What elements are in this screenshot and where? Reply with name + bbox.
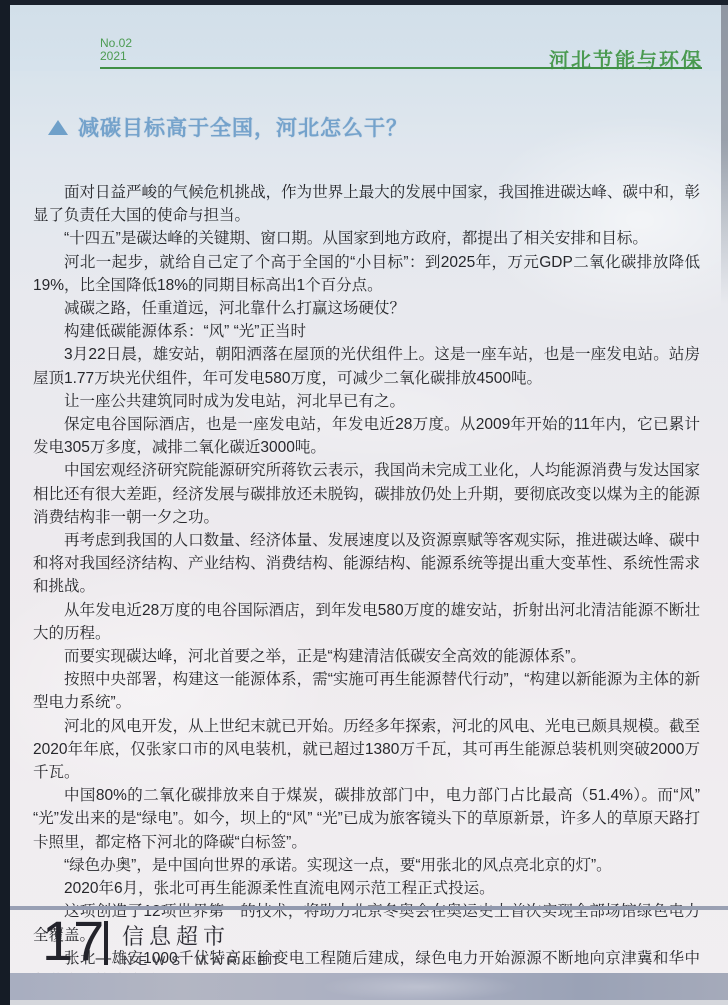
- article-title-row: 减碳目标高于全国，河北怎么干？: [48, 112, 408, 142]
- page-number: 17: [42, 908, 104, 973]
- page-edge-right: [721, 5, 728, 305]
- issue-info: No.02 2021: [100, 37, 132, 63]
- bottom-band: [0, 973, 728, 1000]
- section-title-cn: 信息超市: [122, 920, 230, 951]
- paragraph: 再考虑到我国的人口数量、经济体量、发展速度以及资源禀赋等客观实际，推进碳达峰、碳…: [33, 529, 700, 599]
- issue-year: 2021: [100, 50, 132, 63]
- paragraph: 面对日益严峻的气候危机挑战，作为世界上最大的发展中国家，我国推进碳达峰、碳中和，…: [33, 181, 700, 227]
- header-rule: [100, 67, 702, 69]
- article-title: 减碳目标高于全国，河北怎么干？: [78, 112, 408, 142]
- paragraph: 2020年6月，张北可再生能源柔性直流电网示范工程正式投运。: [33, 877, 700, 900]
- paragraph: 而要实现碳达峰，河北首要之举，正是“构建清洁低碳安全高效的能源体系”。: [33, 645, 700, 668]
- triangle-bullet-icon: [48, 120, 68, 135]
- paragraph: 从年发电近28万度的电谷国际酒店，到年发电580万度的雄安站，折射出河北清洁能源…: [33, 599, 700, 645]
- footer-rule: [10, 906, 728, 910]
- paragraph: 中国80%的二氧化碳排放来自于煤炭，碳排放部门中，电力部门占比最高（51.4%）…: [33, 784, 700, 854]
- footer-divider-bar: [104, 921, 108, 965]
- section-title-en: NEWS MARKET: [123, 953, 286, 968]
- paragraph: 3月22日晨，雄安站，朝阳洒落在屋顶的光伏组件上。这是一座车站，也是一座发电站。…: [33, 343, 700, 389]
- paragraph: “绿色办奥”，是中国向世界的承诺。实现这一点，要“用张北的风点亮北京的灯”。: [33, 854, 700, 877]
- paragraph: 减碳之路，任重道远，河北靠什么打赢这场硬仗？: [33, 297, 700, 320]
- paragraph: 河北的风电开发，从上世纪末就已开始。历经多年探索，河北的风电、光电已颇具规模。截…: [33, 715, 700, 785]
- paragraph: 构建低碳能源体系：“风” “光”正当时: [33, 320, 700, 343]
- paragraph: 中国宏观经济研究院能源研究所蒋钦云表示，我国尚未完成工业化，人均能源消费与发达国…: [33, 459, 700, 529]
- bottom-strip: [0, 1000, 728, 1005]
- article-body: 面对日益严峻的气候危机挑战，作为世界上最大的发展中国家，我国推进碳达峰、碳中和，…: [33, 181, 700, 993]
- paragraph: 保定电谷国际酒店，也是一座发电站，年发电近28万度。从2009年开始的11年内，…: [33, 413, 700, 459]
- paragraph: “十四五”是碳达峰的关键期、窗口期。从国家到地方政府，都提出了相关安排和目标。: [33, 227, 700, 250]
- paragraph: 按照中央部署，构建这一能源体系，需“实施可再生能源替代行动”，“构建以新能源为主…: [33, 668, 700, 714]
- paragraph: 河北一起步，就给自己定了个高于全国的“小目标”：到2025年，万元GDP二氧化碳…: [33, 251, 700, 297]
- page-edge-left: [0, 0, 10, 1005]
- paragraph: 让一座公共建筑同时成为发电站，河北早已有之。: [33, 390, 700, 413]
- page-edge-top: [0, 0, 728, 5]
- magazine-page: No.02 2021 河北节能与环保 减碳目标高于全国，河北怎么干？ 面对日益严…: [0, 0, 728, 1005]
